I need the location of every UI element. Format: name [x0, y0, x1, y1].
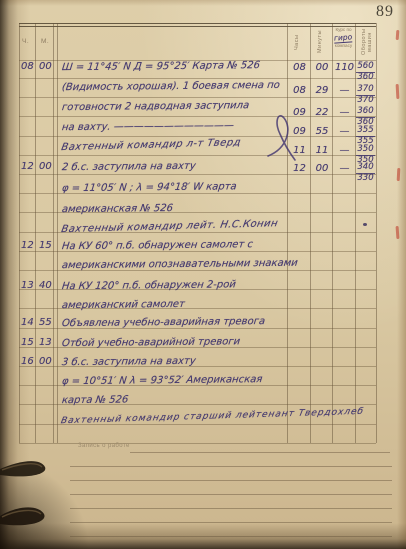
revs-bottom: 370 [356, 96, 375, 106]
header-hours-label: Часы [294, 27, 300, 57]
reading-minute: 00 [312, 163, 332, 174]
entry-hour: 12 [21, 240, 37, 251]
entry-hour: 08 [21, 61, 37, 72]
reading-revolutions: 360360 [356, 107, 375, 127]
reading-revolutions: 370370 [356, 85, 375, 105]
reading-revolutions: 340330 [356, 163, 375, 183]
red-margin-mark [397, 168, 400, 181]
binding-thread-bottom [0, 500, 55, 536]
header-hour-label: Ч. [22, 38, 29, 45]
entry-text: φ = 10°51′ N λ = 93°52′ Американская [61, 374, 289, 387]
entry-text: 3 б.с. заступила на вахту [61, 355, 289, 368]
entry-text: На КУ 120° п.б. обнаружен 2-рой [61, 279, 289, 292]
reading-minute: 55 [312, 126, 332, 137]
entry-minute: 00 [39, 356, 55, 367]
entry-text: (Видимость хорошая). 1 боевая смена по [61, 80, 289, 93]
entry-text: готовности 2 надводная заступила [61, 100, 289, 113]
footer-line [70, 480, 392, 481]
entry-hour: 12 [21, 161, 37, 172]
revs-top: 340 [356, 163, 375, 174]
entry-text: φ = 11°05′ N ; λ = 94°18′ W карта [61, 181, 289, 194]
log-entry: 1340На КУ 120° п.б. обнаружен 2-рой [0, 280, 406, 298]
reading-minute: 22 [312, 107, 332, 118]
log-entry: 1455Объявлена учебно-аварийная тревога [0, 317, 406, 335]
reading-minute: 11 [312, 145, 332, 156]
grid-line [19, 23, 376, 24]
entry-text: Отбой учебно-аварийной тревоги [61, 336, 289, 349]
header-revolutions-label: Обороты машин [361, 27, 373, 57]
reading-hour: 09 [289, 107, 310, 118]
entry-text: Вахтенный командир л-т Тверд [60, 136, 289, 153]
course-label-handwritten: гиро [334, 32, 353, 43]
course-label-printed-top: Курс по [335, 27, 351, 32]
log-entry: φ = 11°05′ N ; λ = 94°18′ W карта [0, 182, 406, 200]
footer-line [130, 452, 390, 453]
logbook-page: 89 Ч. М. Часы Минуты Курс по гиро компас… [0, 0, 406, 549]
entry-text: На КУ 60° п.б. обнаружен самолет с [61, 239, 289, 252]
log-entry: американская № 526 [0, 203, 406, 221]
log-entry: 16003 б.с. заступила на вахту [0, 356, 406, 374]
revs-top: 560 [356, 62, 375, 73]
entry-text: Вахтенный командир лейт. Н.С.Конин [60, 218, 289, 235]
reading-hour: 11 [289, 145, 310, 156]
reading-revolutions: 355355 [356, 126, 375, 146]
reading-minute: 00 [312, 62, 332, 73]
header-minutes-label: Минуты [317, 27, 323, 57]
footer-line [70, 494, 392, 495]
page-number: 89 [376, 3, 394, 21]
footer-line [70, 536, 392, 537]
reading-hour: 12 [289, 163, 310, 174]
ink-blot [363, 223, 367, 226]
entry-text: 2 б.с. заступила на вахту [61, 160, 289, 173]
red-margin-mark [396, 30, 399, 40]
log-entry-signature: Вахтенный командир лейт. Н.С.Конин [0, 221, 406, 239]
revs-top: 360 [356, 107, 375, 118]
entry-text: американский самолет [61, 298, 289, 311]
page-edge-shadow-top [0, 0, 406, 6]
entry-text: американская № 526 [61, 202, 289, 215]
log-entry-signature: Вахтенный командир старший лейтенант Тве… [0, 411, 406, 429]
reading-course: — [334, 163, 355, 174]
reading-hour: 09 [289, 126, 310, 137]
reading-revolutions: 560360 [356, 62, 375, 82]
revs-bottom: 330 [356, 174, 375, 184]
reading-course: — [334, 145, 355, 156]
log-entry: 1215На КУ 60° п.б. обнаружен самолет с [0, 240, 406, 258]
revs-top: 350 [356, 145, 375, 156]
log-entry: 1513Отбой учебно-аварийной тревоги [0, 337, 406, 355]
reading-course: — [334, 107, 355, 118]
reading-hour: 08 [289, 85, 310, 96]
grid-line [19, 443, 376, 444]
reading-course: 110 [334, 62, 355, 73]
entry-minute: 00 [39, 161, 55, 172]
reading-hour: 08 [289, 62, 310, 73]
binding-thread-top [0, 455, 55, 487]
entry-hour: 16 [21, 356, 37, 367]
entry-hour: 15 [21, 337, 37, 348]
entry-minute: 40 [39, 280, 55, 291]
reading-course: — [334, 85, 355, 96]
log-entry: американскими опознавательными знаками [0, 259, 406, 277]
entry-hour: 13 [21, 280, 37, 291]
entry-minute: 55 [39, 317, 55, 328]
revs-top: 355 [356, 126, 375, 137]
log-entry: американский самолет [0, 299, 406, 317]
entry-text: карта № 526 [61, 393, 289, 406]
entry-minute: 15 [39, 240, 55, 251]
log-entry: φ = 10°51′ N λ = 93°52′ Американская [0, 375, 406, 393]
entry-text: американскими опознавательными знаками [61, 258, 289, 271]
entry-text: Объявлена учебно-аварийная тревога [61, 316, 289, 329]
reading-minute: 29 [312, 85, 332, 96]
footer-line [70, 466, 392, 467]
header-course-label: Курс по гиро компасу [333, 27, 354, 58]
revs-bottom: 360 [356, 73, 375, 83]
entry-text: на вахту. ———————————— [61, 120, 289, 133]
entry-minute: 13 [39, 337, 55, 348]
reading-course: — [334, 126, 355, 137]
entry-text: Ш = 11°45′ N Д = 95°25′ Карта № 526 [61, 60, 289, 73]
entry-minute: 00 [39, 61, 55, 72]
footer-line [70, 522, 392, 523]
entry-hour: 14 [21, 317, 37, 328]
header-minute-label: М. [41, 38, 49, 45]
footer-line [70, 508, 392, 509]
revs-top: 370 [356, 85, 375, 96]
footer-remarks-label: Запись о работе [78, 443, 130, 449]
